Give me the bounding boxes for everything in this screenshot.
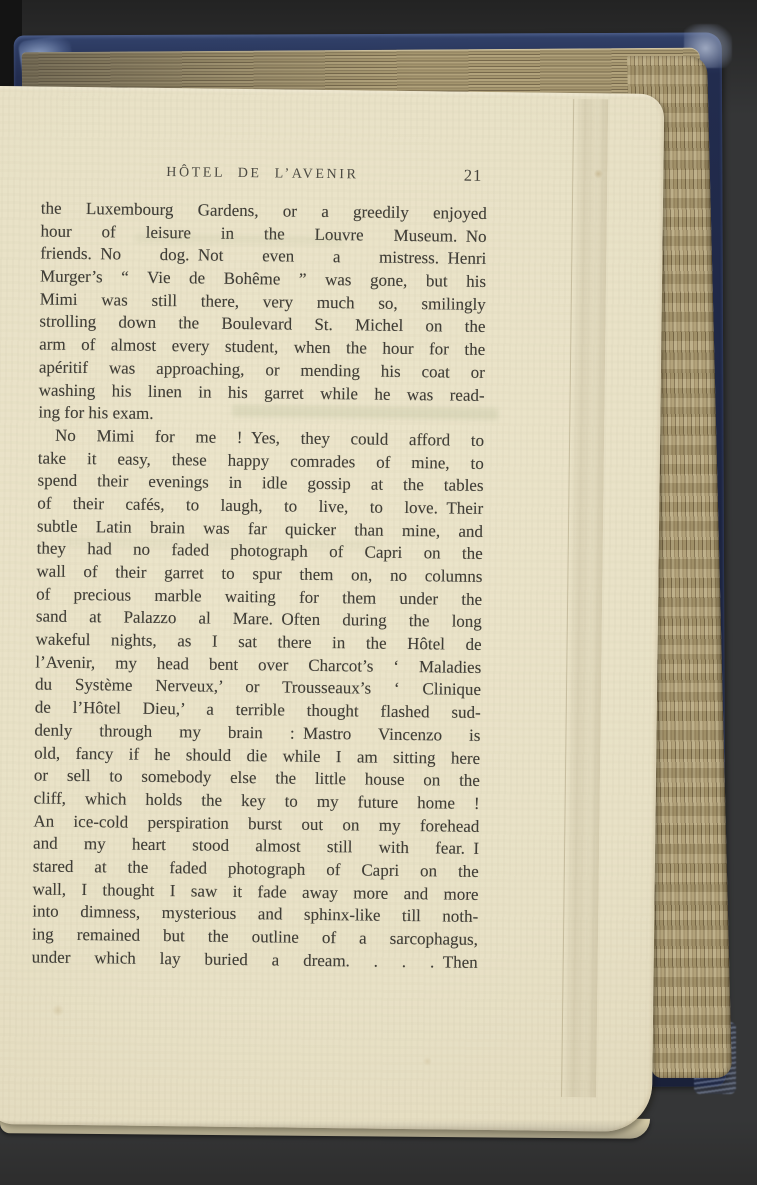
page-number: 21 xyxy=(464,166,483,186)
scanned-book-page: HÔTEL DE L’AVENIR 21 the Luxembourg Gard… xyxy=(0,0,757,1185)
paragraph: the Luxembourg Gardens, or a greedily en… xyxy=(38,198,487,430)
running-header: HÔTEL DE L’AVENIR 21 xyxy=(41,163,487,190)
text-line: under which lay buried a dream. . . . Th… xyxy=(32,946,478,974)
foxing-spot xyxy=(422,1057,432,1065)
page-text: the Luxembourg Gardens, or a greedily en… xyxy=(32,198,487,975)
header-title: HÔTEL DE L’AVENIR xyxy=(166,165,358,183)
fore-edge-crease xyxy=(561,99,608,1097)
paragraph: No Mimi for me ! Yes, they could afford … xyxy=(32,424,485,974)
foxing-spot xyxy=(51,1005,65,1016)
book-page: HÔTEL DE L’AVENIR 21 the Luxembourg Gard… xyxy=(0,86,664,1132)
background-shadow-bottom xyxy=(0,1120,757,1185)
